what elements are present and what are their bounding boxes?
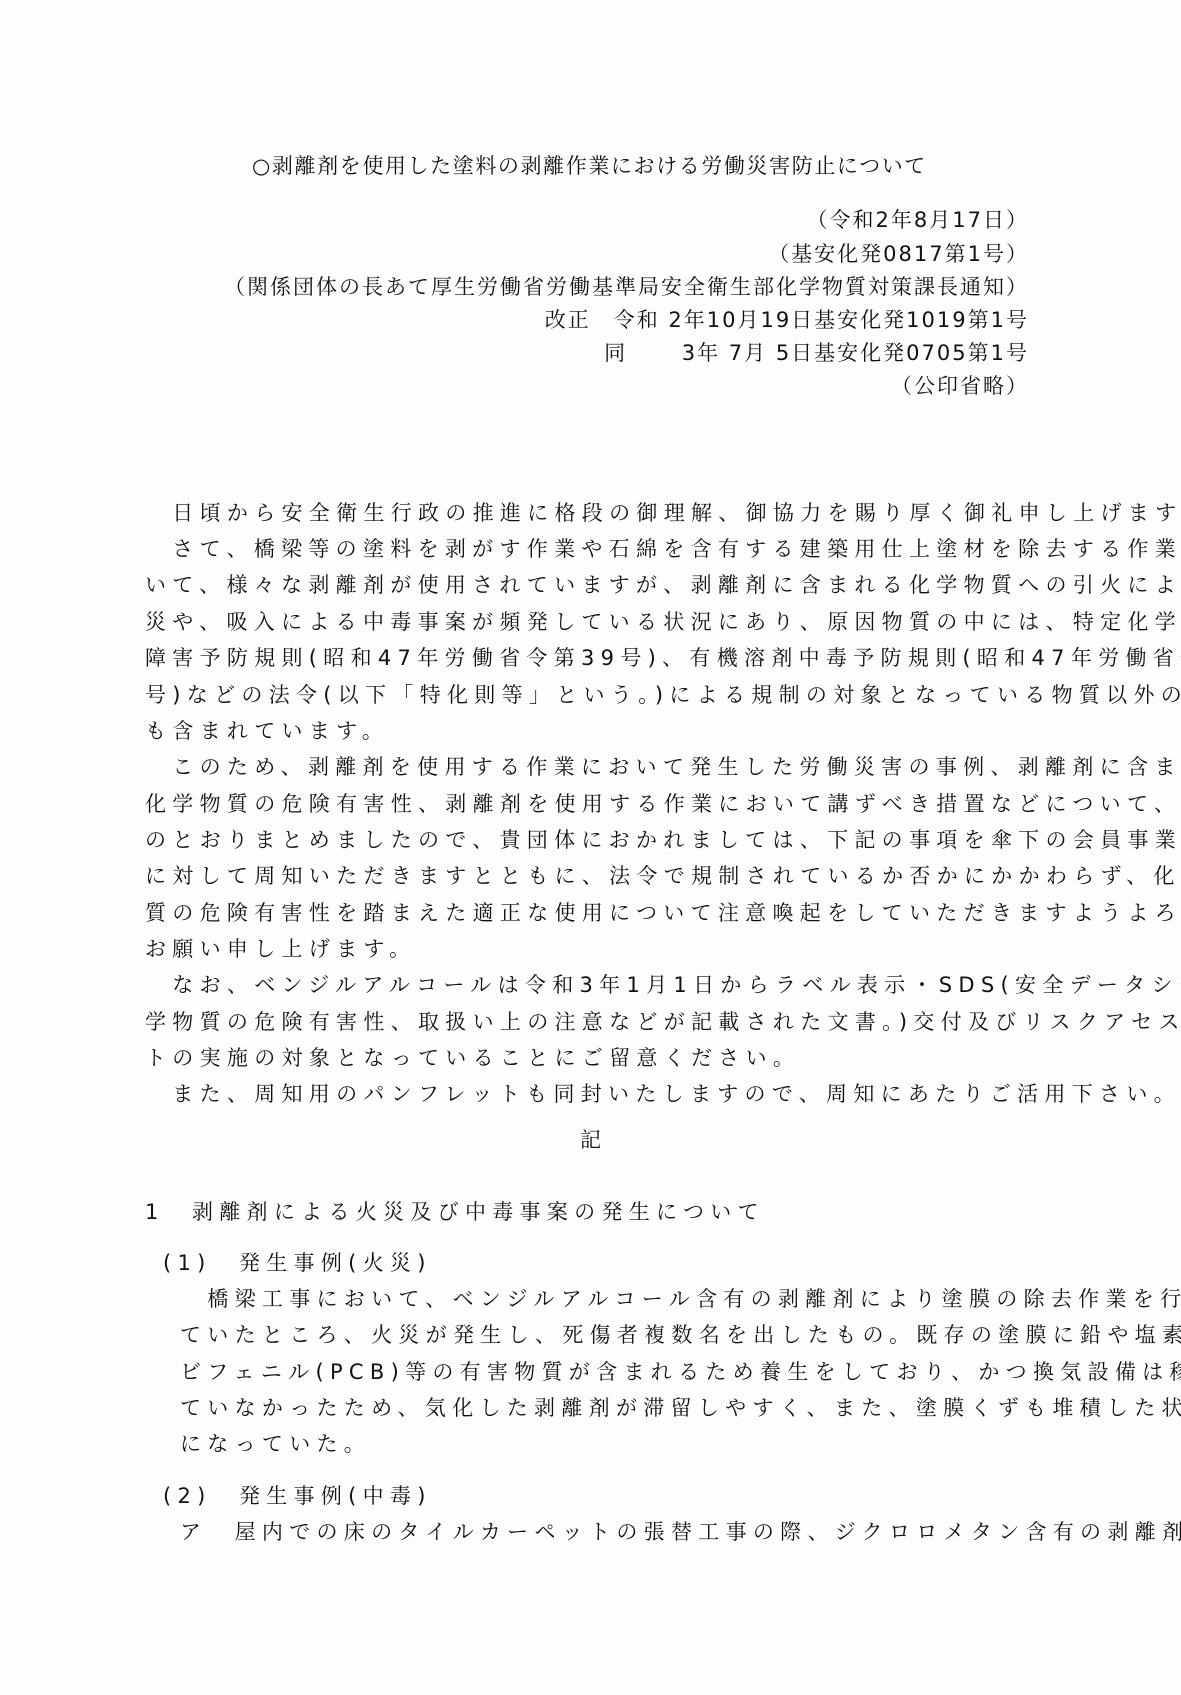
body-line: 災や、吸入による中毒事案が頻発している状況にあり、原因物質の中には、特定化学物質 (145, 608, 1181, 636)
addressee: （関係団体の長あて厚生労働省労働基準局安全衛生部化学物質対策課長通知） (224, 273, 1029, 301)
body-line: に対して周知いただきますとともに、法令で規制されているか否かにかかわらず、化学物 (145, 862, 1181, 890)
body-line: なお、ベンジルアルコールは令和3年1月1日からラベル表示・SDS(安全データシー… (145, 971, 1181, 999)
subsection-1-line: ていたところ、火災が発生し、死傷者複数名を出したもの。既存の塗膜に鉛や塩素化 (180, 1321, 1181, 1349)
body-line: 障害予防規則(昭和47年労働省令第39号)、有機溶剤中毒予防規則(昭和47年労働… (145, 644, 1181, 672)
body-line: さて、橋梁等の塗料を剥がす作業や石綿を含有する建築用仕上塗材を除去する作業にお (145, 535, 1181, 563)
body-line: このため、剥離剤を使用する作業において発生した労働災害の事例、剥離剤に含まれる (145, 753, 1181, 781)
notice-number: （基安化発0817第1号） (768, 240, 1029, 268)
subsection-2-heading: (2) 発生事例(中毒) (163, 1482, 432, 1510)
body-line: 学物質の危険有害性、取扱い上の注意などが記載された文書。)交付及びリスクアセスメ… (145, 1008, 1181, 1036)
body-line: 質の危険有害性を踏まえた適正な使用について注意喚起をしていただきますようよろしく (145, 899, 1181, 927)
subsection-1-line: ビフェニル(PCB)等の有害物質が含まれるため養生をしており、かつ換気設備は稼働… (180, 1358, 1181, 1386)
body-line: 化学物質の危険有害性、剥離剤を使用する作業において講ずべき措置などについて、下記 (145, 790, 1181, 818)
issue-date: （令和2年8月17日） (807, 206, 1029, 234)
revision-1: 改正 令和 2年10月19日基安化発1019第1号 (545, 306, 1029, 334)
subsection-1-line: ていなかったため、気化した剥離剤が滞留しやすく、また、塗膜くずも堆積した状況 (180, 1394, 1181, 1422)
seal-omitted: （公印省略） (891, 372, 1029, 400)
body-line: トの実施の対象となっていることにご留意ください。 (145, 1044, 800, 1072)
body-line: いて、様々な剥離剤が使用されていますが、剥離剤に含まれる化学物質への引火による火 (145, 571, 1181, 599)
subsection-1-heading: (1) 発生事例(火災) (163, 1249, 432, 1277)
body-line: 号)などの法令(以下「特化則等」という。)による規制の対象となっている物質以外の… (145, 681, 1181, 709)
document-title: ○剥離剤を使用した塗料の剥離作業における労働災害防止について (252, 152, 927, 180)
body-line: また、周知用のパンフレットも同封いたしますので、周知にあたりご活用下さい。 (145, 1080, 1181, 1108)
subsection-2-line: ア 屋内での床のタイルカーペットの張替工事の際、ジクロロメタン含有の剥離剤に (180, 1518, 1181, 1546)
body-line: も含まれています。 (145, 717, 389, 745)
subsection-1-line: 橋梁工事において、ベンジルアルコール含有の剥離剤により塗膜の除去作業を行っ (180, 1285, 1181, 1313)
section-1-heading: 1 剥離剤による火災及び中毒事案の発生について (145, 1198, 765, 1226)
ki-heading: 記 (0, 1126, 1181, 1154)
revision-2: 同 3年 7月 5日基安化発0705第1号 (604, 339, 1029, 367)
subsection-1-line: になっていた。 (180, 1430, 371, 1458)
body-line: 日頃から安全衛生行政の推進に格段の御理解、御協力を賜り厚く御礼申し上げます。 (145, 499, 1181, 527)
body-line: のとおりまとめましたので、貴団体におかれましては、下記の事項を傘下の会員事業場等 (145, 826, 1181, 854)
document-page: ○剥離剤を使用した塗料の剥離作業における労働災害防止について （令和2年8月17… (0, 0, 1181, 1695)
body-line: お願い申し上げます。 (145, 935, 416, 963)
